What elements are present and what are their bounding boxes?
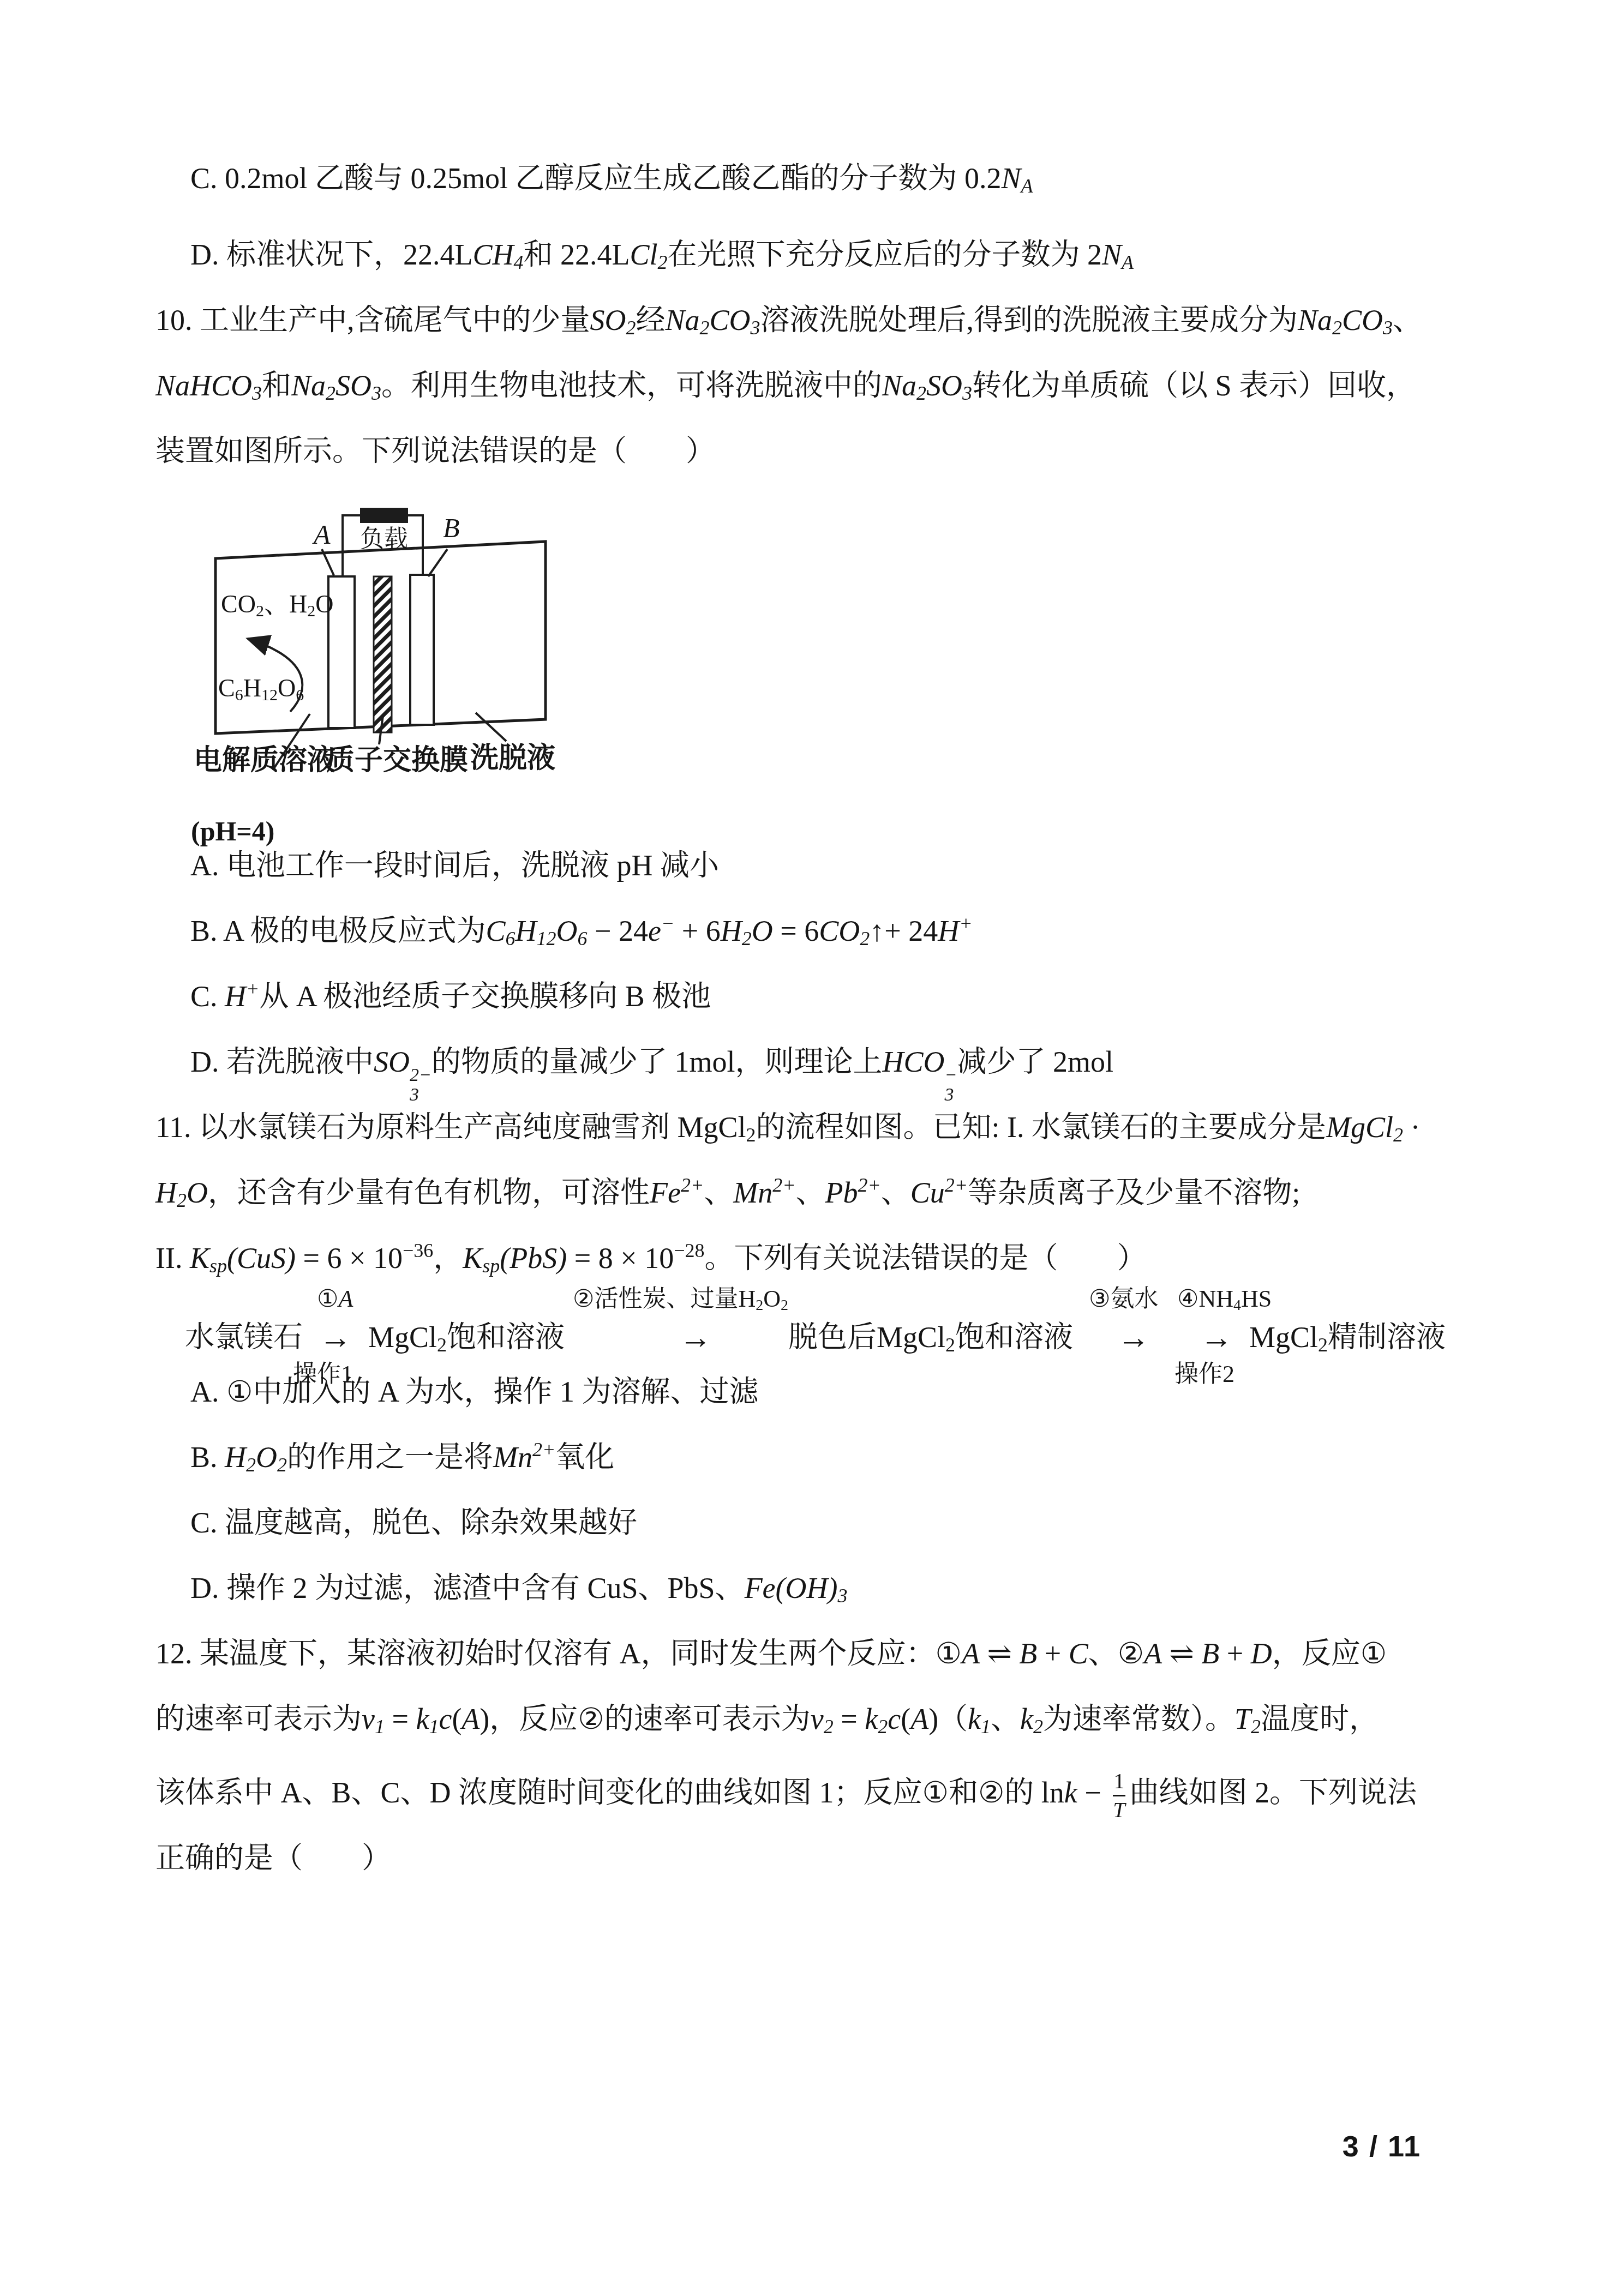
flow-annotation-4: ④NH4HS [1177,1285,1272,1313]
flow-op-2: 操作2 [1174,1361,1235,1388]
wire-right [408,515,423,575]
q10-stem-line1: 10. 工业生产中,含硫尾气中的少量SO2经Na2CO3溶液洗脱处理后,得到的洗… [155,287,1482,353]
flow-op-1: 操作1 [293,1361,353,1388]
q11-option-c: C. 温度越高，脱色、除杂效果越好 [155,1490,1482,1555]
electrode-b-bar [410,575,434,725]
q9-option-d: D. 标准状况下，22.4LCH4和 22.4LCl2在光照下充分反应后的分子数… [155,222,1482,287]
flow-arrow-3: → [1117,1318,1150,1356]
q11-flow-diagram: ①A ②活性炭、过量H2O2 ③氨水 ④NH4HS 水氯镁石 → MgCl2饱和… [155,1285,1482,1389]
glucose-label: C6H12O6 [218,676,304,701]
membrane-bar [374,576,392,732]
exam-page: C. 0.2mol 乙酸与 0.25mol 乙醇反应生成乙酸乙酯的分子数为 0.… [0,0,1624,2296]
flow-node-saturated: MgCl2饱和溶液 [368,1318,565,1356]
q9-option-c: C. 0.2mol 乙酸与 0.25mol 乙醇反应生成乙酸乙酯的分子数为 0.… [155,146,1482,211]
q11-stem-line3: II. Ksp(CuS) = 6 × 10−36，Ksp(PbS) = 8 × … [155,1225,1482,1291]
pointer-electrode-b [428,549,447,576]
electrolyte-label: 电解质溶液 [194,747,335,775]
q12-stem-line1: 12. 某温度下，某溶液初始时仅溶有 A，同时发生两个反应：①A ⇌ B + C… [155,1621,1482,1686]
pointer-eluent [476,713,506,741]
q12-stem-line3: 该体系中 A、B、C、D 浓度随时间变化的曲线如图 1；反应①和②的 lnk −… [155,1760,1482,1825]
flow-annotation-1: ①A [317,1285,353,1313]
q10-cell-figure: A B 负载 CO2、H2O C6H12O6 电解质溶液 质子交换膜 洗脱液 (… [191,495,627,833]
co2-h2o-label: CO2、H2O [221,592,333,617]
load-resistor [360,508,408,523]
q11-stem-line1: 11. 以水氯镁石为原料生产高纯度融雪剂 MgCl2的流程如图。已知: I. 水… [155,1095,1482,1160]
q12-stem-line4: 正确的是（ ） [155,1825,1482,1891]
electrode-b-label: B [443,514,460,542]
q10-option-d: D. 若洗脱液中SO2−3的物质的量减少了 1mol，则理论上HCO−3减少了 … [155,1029,1482,1095]
q11-option-d: D. 操作 2 为过滤，滤渣中含有 CuS、PbS、Fe(OH)3 [155,1555,1482,1621]
q10-stem-line2: NaHCO3和Na2SO3。利用生物电池技术，可将洗脱液中的Na2SO3转化为单… [155,353,1482,418]
flow-arrow-1: → [319,1318,352,1356]
flow-annotation-2: ②活性炭、过量H2O2 [573,1285,788,1313]
q12-stem-line2: 的速率可表示为v1 = k1c(A)，反应②的速率可表示为v2 = k2c(A)… [155,1686,1482,1752]
eluent-label: 洗脱液 [470,744,555,773]
wire-left [343,515,360,576]
electrode-a-label: A [314,521,331,548]
flow-arrow-2: → [679,1318,712,1356]
ph-label: (pH=4) [191,818,275,845]
q10-stem-line3: 装置如图所示。下列说法错误的是（ ） [155,418,1482,484]
flow-node-bischofite: 水氯镁石 [185,1318,303,1356]
q11-stem-line2: H2O，还含有少量有色有机物，可溶性Fe2+、Mn2+、Pb2+、Cu2+等杂质… [155,1160,1482,1225]
flow-annotation-3: ③氨水 [1089,1285,1158,1313]
membrane-label: 质子交换膜 [326,747,468,775]
load-label: 负载 [360,527,408,551]
page-number: 3 / 11 [1343,2130,1421,2163]
q11-option-b: B. H2O2的作用之一是将Mn2+氧化 [155,1425,1482,1490]
flow-node-refined: MgCl2精制溶液 [1249,1318,1446,1356]
flow-arrow-4: → [1200,1318,1233,1356]
q10-option-b: B. A 极的电极反应式为C6H12O6 − 24e− + 6H2O = 6CO… [155,898,1482,964]
q10-option-c: C. H+从 A 极池经质子交换膜移向 B 极池 [155,964,1482,1029]
flow-node-decolorized: 脱色后MgCl2饱和溶液 [788,1318,1073,1356]
